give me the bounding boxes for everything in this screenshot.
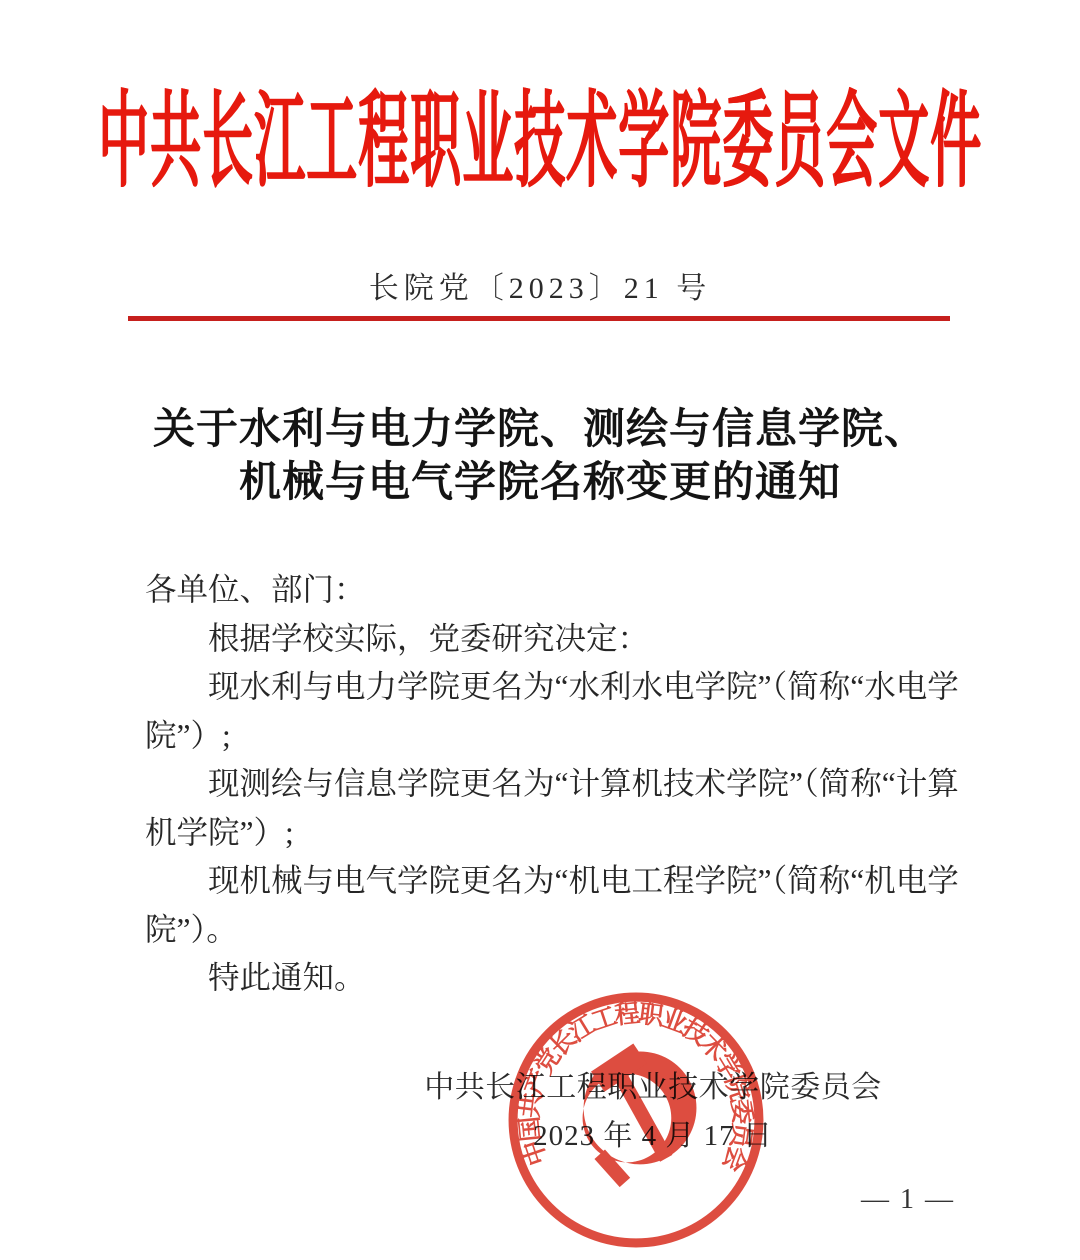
body-line: 院”）。 [145, 906, 950, 955]
notice-title: 关于水利与电力学院、测绘与信息学院、 机械与电气学院名称变更的通知 [0, 404, 1080, 510]
page-number: — 1 — [838, 1184, 978, 1216]
document-page: 中共长江工程职业技术学院委员会文件 长院党〔2023〕21 号 关于水利与电力学… [0, 0, 1080, 1260]
notice-title-line1: 关于水利与电力学院、测绘与信息学院、 [0, 404, 1080, 457]
body-line-salutation: 各单位、部门： [145, 566, 950, 615]
body-line: 院”）; [145, 712, 950, 761]
seal-ring [513, 997, 759, 1243]
body-line: 现水利与电力学院更名为“水利水电学院”（简称“水电学 [145, 663, 950, 712]
red-divider-line [128, 316, 950, 321]
notice-title-line2: 机械与电气学院名称变更的通知 [0, 457, 1080, 510]
notice-body: 各单位、部门： 根据学校实际，党委研究决定： 现水利与电力学院更名为“水利水电学… [145, 566, 950, 1003]
letterhead-title: 中共长江工程职业技术学院委员会文件 [98, 56, 982, 208]
body-line: 现机械与电气学院更名为“机电工程学院”（简称“机电学 [145, 857, 950, 906]
hammer-and-sickle-icon [583, 1051, 697, 1182]
letterhead: 中共长江工程职业技术学院委员会文件 [0, 56, 1080, 130]
document-number: 长院党〔2023〕21 号 [0, 263, 1080, 307]
official-seal: 中国共产党长江工程职业技术学院委员会 [503, 987, 769, 1253]
body-line: 现测绘与信息学院更名为“计算机技术学院”（简称“计算 [145, 760, 950, 809]
body-line: 机学院”）; [145, 809, 950, 858]
body-line: 根据学校实际，党委研究决定： [145, 615, 950, 664]
